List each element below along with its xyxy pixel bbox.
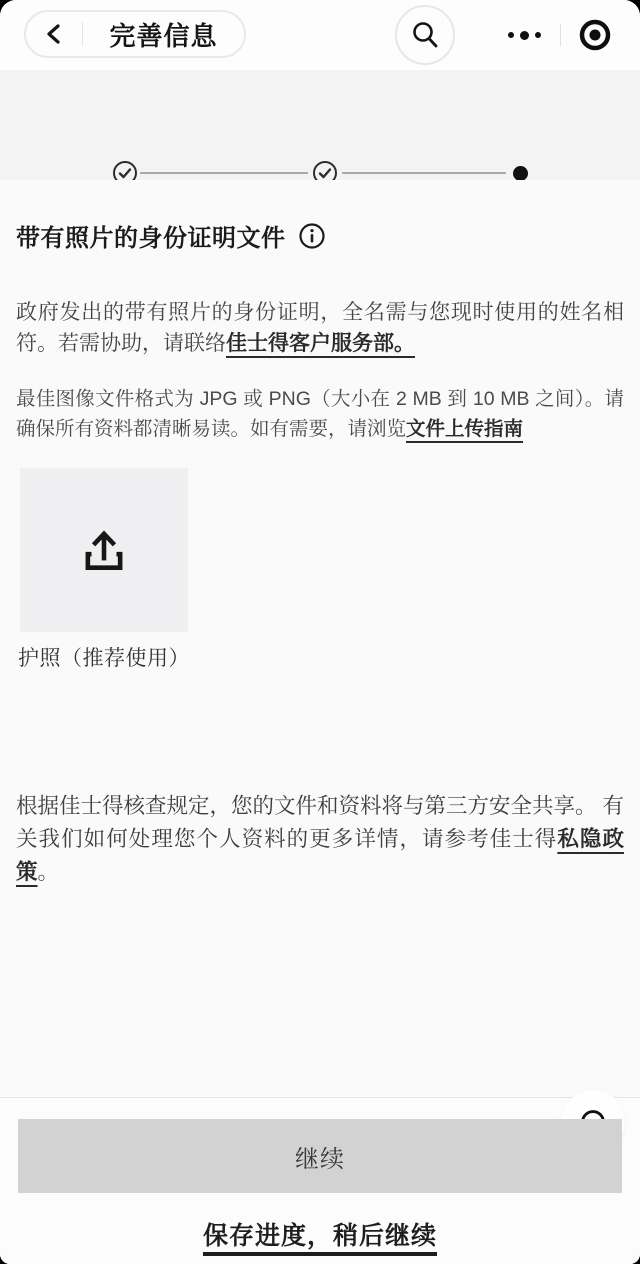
continue-button[interactable]: 继续 bbox=[18, 1119, 622, 1193]
customer-service-link[interactable]: 佳士得客户服务部。 bbox=[226, 332, 415, 355]
section-heading: 带有照片的身份证明文件 bbox=[16, 218, 286, 253]
mini-program-screen: 完善信息 1. 填写资料 bbox=[0, 0, 640, 1264]
search-icon bbox=[408, 18, 442, 52]
info-button[interactable] bbox=[298, 222, 326, 250]
form-content: 带有照片的身份证明文件 政府发出的带有照片的身份证明，全名需与您现时使用的姓名相… bbox=[0, 180, 640, 1097]
more-menu-button[interactable] bbox=[500, 12, 548, 58]
nav-title-pill: 完善信息 bbox=[24, 10, 246, 58]
search-button[interactable] bbox=[395, 5, 455, 65]
navbar: 完善信息 bbox=[0, 0, 640, 70]
capsule-divider bbox=[560, 24, 561, 46]
upload-guide-link[interactable]: 文件上传指南 bbox=[406, 418, 523, 440]
id-instructions-paragraph: 政府发出的带有照片的身份证明，全名需与您现时使用的姓名相符。若需协助，请联络佳士… bbox=[16, 297, 624, 359]
more-dots-icon bbox=[508, 32, 514, 38]
back-button[interactable] bbox=[26, 12, 82, 56]
page-title: 完善信息 bbox=[83, 16, 244, 53]
passport-upload-dropzone[interactable] bbox=[20, 468, 188, 632]
info-icon bbox=[298, 222, 326, 250]
capsule-close-icon bbox=[577, 17, 613, 53]
file-format-paragraph: 最佳图像文件格式为 JPG 或 PNG（大小在 2 MB 到 10 MB 之间）… bbox=[16, 384, 624, 444]
footer-bar: 继续 保存进度，稍后继续 bbox=[0, 1097, 640, 1264]
privacy-paragraph: 根据佳士得核查规定，您的文件和资料将与第三方安全共享。 有关我们如何处理您个人资… bbox=[16, 790, 624, 889]
upload-label: 护照（推荐使用） bbox=[18, 642, 190, 672]
chevron-left-icon bbox=[43, 22, 65, 46]
capsule-close-button[interactable] bbox=[577, 17, 613, 53]
progress-stepper: 1. 填写资料 2. 验证邮箱 3. 身份验证 bbox=[0, 70, 640, 180]
save-progress-link[interactable]: 保存进度，稍后继续 bbox=[0, 1216, 640, 1252]
upload-icon bbox=[79, 525, 129, 575]
